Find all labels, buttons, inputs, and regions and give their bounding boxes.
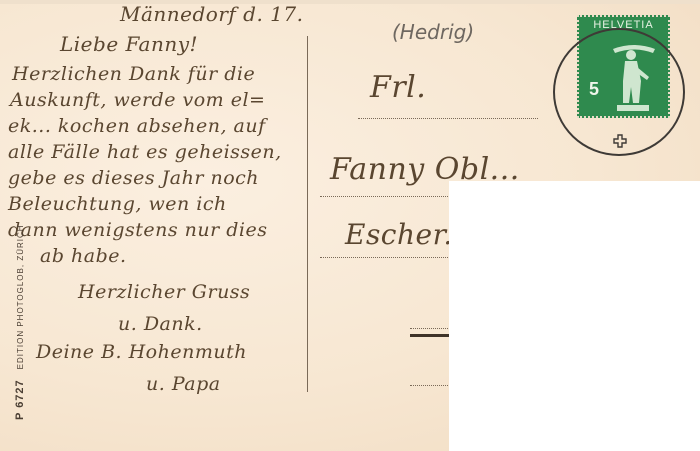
postmark [553,28,685,156]
address-title: Frl. [370,70,426,105]
message-line: ek... kochen absehen, auf [8,114,266,138]
signature-line: Deine B. Hohenmuth [36,340,247,364]
message-line: Herzlichen Dank für die [12,62,255,86]
pencil-note: (Hedrig) [392,20,474,44]
message-line: Auskunft, werde vom el= [10,88,265,112]
message-line: alle Fälle hat es geheissen, [8,140,282,164]
address-line [410,328,450,329]
dateline: Männedorf d. 17. [120,2,304,26]
closing-line: u. Dank. [118,312,203,336]
signature-line: u. Papa [146,372,221,396]
message-line: gebe es dieses Jahr noch [8,166,259,190]
card-edge [0,0,700,4]
message-line: Beleuchtung, wen ich [8,192,227,216]
publisher-imprint: P 6727EDITION PHOTOGLOB, ZÜRICH [14,224,26,420]
address-line [358,118,538,119]
center-divider [307,36,308,392]
message-line: ab habe. [40,244,127,268]
address-line [320,196,450,197]
postcard-back: Männedorf d. 17. Liebe Fanny! Herzlichen… [0,0,700,451]
card-number: P 6727 [14,379,26,420]
redaction-block [449,181,700,451]
closing-line: Herzlicher Gruss [78,280,250,304]
publisher-name: EDITION PHOTOGLOB, ZÜRICH [16,224,25,369]
message-line: dann wenigstens nur dies [8,218,267,242]
salutation: Liebe Fanny! [60,32,198,56]
address-line [320,257,450,258]
swiss-cross-icon [613,134,627,148]
address-line-bold [410,334,450,337]
address-line [410,385,450,386]
